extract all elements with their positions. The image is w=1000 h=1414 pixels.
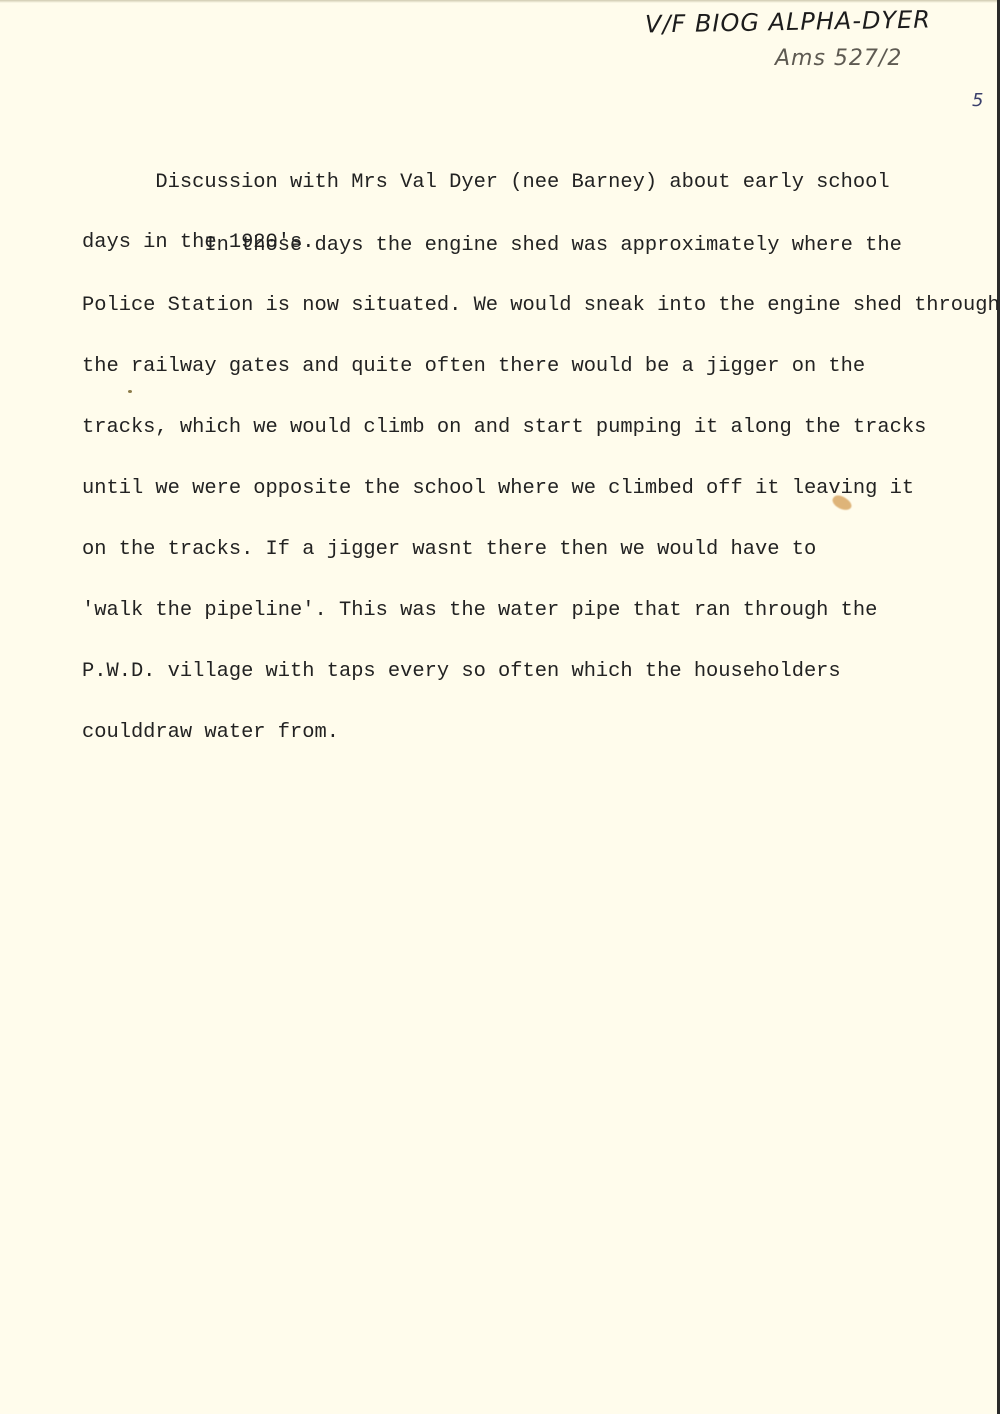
intro-line: Discussion with Mrs Val Dyer (nee Barney… <box>82 173 890 193</box>
body-line: on the tracks. If a jigger wasnt there t… <box>82 540 1000 560</box>
body-line: coulddraw water from. <box>82 723 1000 743</box>
handwritten-file-reference: V/F BIOG ALPHA-DYER <box>645 6 931 39</box>
handwritten-page-number: 5 <box>972 90 983 111</box>
body-paragraph: In those days the engine shed was approx… <box>82 195 1000 784</box>
handwritten-accession-number: Ams 527/2 <box>775 46 902 71</box>
body-line: Police Station is now situated. We would… <box>82 296 1000 316</box>
body-line: until we were opposite the school where … <box>82 479 1000 499</box>
body-line: the railway gates and quite often there … <box>82 357 1000 377</box>
top-scan-shadow <box>0 0 1000 3</box>
body-line: P.W.D. village with taps every so often … <box>82 662 1000 682</box>
paper-speck <box>128 390 132 393</box>
body-line: 'walk the pipeline'. This was the water … <box>82 601 1000 621</box>
scanned-document-page: V/F BIOG ALPHA-DYER Ams 527/2 5 Discussi… <box>0 0 1000 1414</box>
body-line: In those days the engine shed was approx… <box>82 236 1000 256</box>
body-line: tracks, which we would climb on and star… <box>82 418 1000 438</box>
